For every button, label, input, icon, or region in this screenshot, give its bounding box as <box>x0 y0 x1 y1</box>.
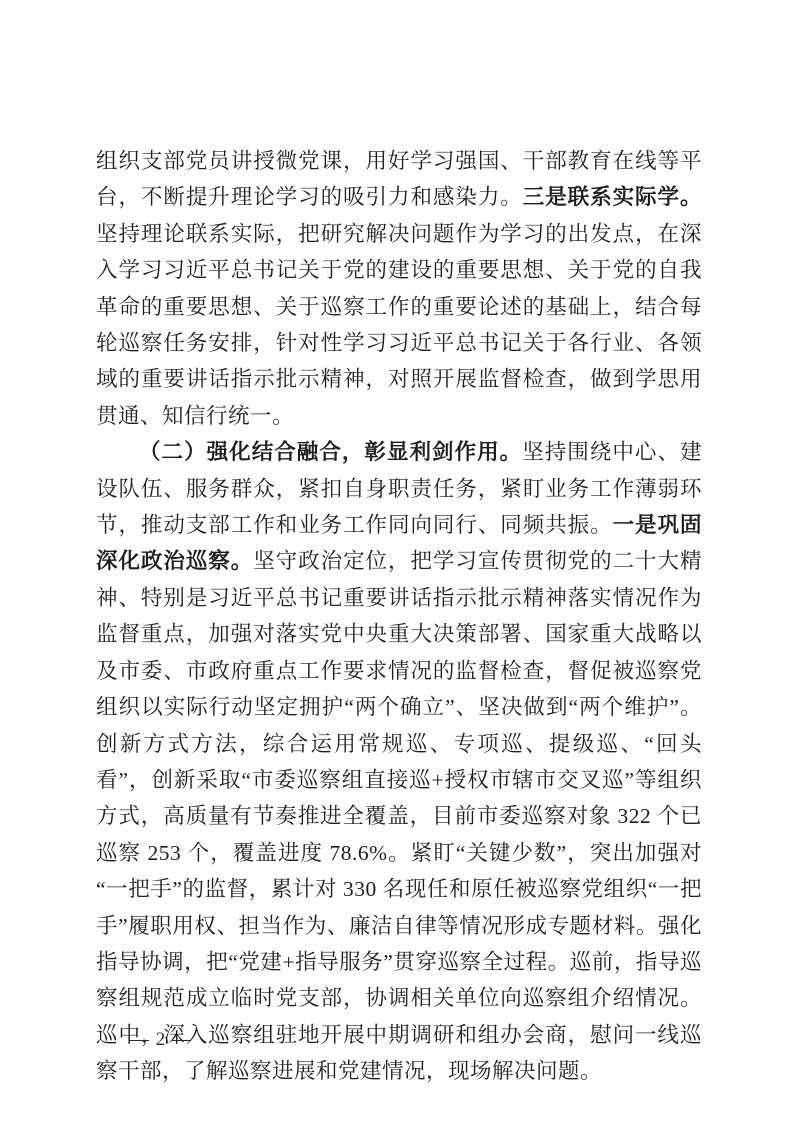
document-body: 组织支部党员讲授微党课，用好学习强国、干部教育在线等平台，不断提升理论学习的吸引… <box>96 143 702 1090</box>
page-number: — 2 — <box>130 1029 192 1051</box>
body-text: 坚持理论联系实际，把研究解决问题作为学习的出发点，在深入学习习近平总书记关于党的… <box>96 222 702 428</box>
paragraph-continuation: 组织支部党员讲授微党课，用好学习强国、干部教育在线等平台，不断提升理论学习的吸引… <box>96 143 702 434</box>
body-text: 坚守政治定位，把学习宣传贯彻党的二十大精神、特别是习近平总书记重要讲话指示批示精… <box>96 549 702 1083</box>
inline-heading-third-study: 三是联系实际学。 <box>523 185 702 209</box>
document-page: 组织支部党员讲授微党课，用好学习强国、干部教育在线等平台，不断提升理论学习的吸引… <box>0 0 793 1122</box>
paragraph-section-two: （二）强化结合融合，彰显利剑作用。坚持围绕中心、建设队伍、服务群众，紧扣自身职责… <box>96 434 702 1089</box>
section-heading-two: （二）强化结合融合，彰显利剑作用。 <box>139 440 522 464</box>
